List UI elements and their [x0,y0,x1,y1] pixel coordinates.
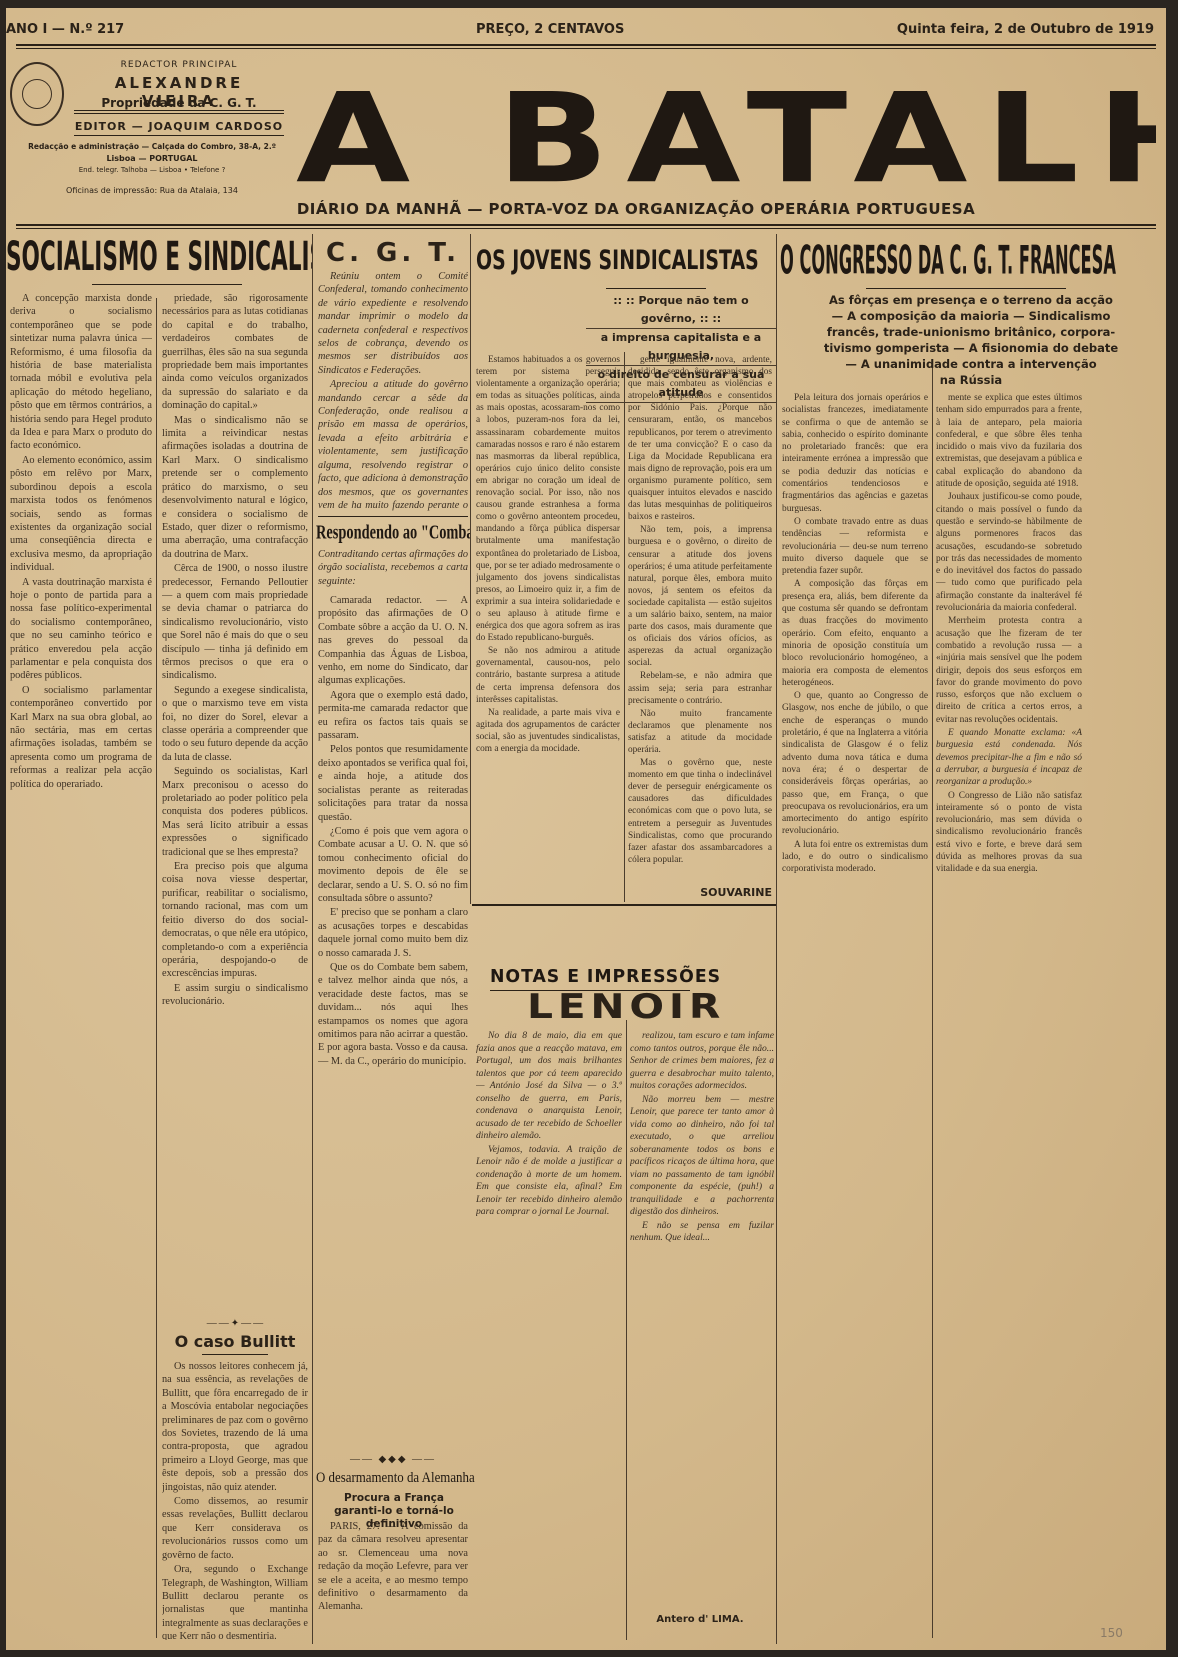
headline-bullitt: O caso Bullitt [162,1332,308,1351]
column-divider [776,234,777,1644]
congresso-col-1: Pela leitura dos jornais operários e soc… [782,392,928,1642]
top-rule [16,44,1156,46]
lenoir-col-2: realizou, tam escuro e tam infame como t… [630,1030,774,1610]
masthead-rule [16,224,1156,226]
column-divider [932,368,933,1638]
redactor-label: REDACTOR PRINCIPAL [74,60,284,70]
masthead-subtitle: DIÁRIO DA MANHÃ — PORTA-VOZ DA ORGANIZAÇ… [196,200,1076,218]
ornament-divider: ——✦—— [166,1318,306,1329]
newspaper-page: ANO I — N.º 217 PREÇO, 2 CENTAVOS Quinta… [6,8,1166,1650]
column-divider [626,1020,627,1640]
combate-lead: Contraditando certas afirmações do órgão… [318,548,468,592]
union-seal-icon [10,62,64,126]
headline-underline [92,284,242,285]
socialismo-col-2: priedade, são rigorosamente necessários … [162,292,308,1316]
masthead-info: REDACTOR PRINCIPAL ALEXANDRE VIEIRA Prop… [6,54,296,204]
top-bar: ANO I — N.º 217 PREÇO, 2 CENTAVOS Quinta… [6,22,1166,46]
headline-desarmamento: O desarmamento da Alemanha [316,1466,454,1490]
editor: EDITOR — JOAQUIM CARDOSO [74,120,284,136]
column-divider [312,234,313,1644]
headline-combate: Respondendo ao "Combate" [316,518,439,546]
city: Lisboa — PORTUGAL [12,154,292,163]
headline-underline [202,1354,268,1355]
desarmamento-body: PARIS, 27. — A comissão da paz da câmara… [318,1520,468,1640]
jovens-col-2: gente igualmente nova, ardente, decidida… [628,354,772,882]
masthead-rule-thin [16,228,1156,229]
address: Redacção e administração — Calçada do Co… [12,142,292,151]
headline-socialismo-wrap: SOCIALISMO E SINDICALISMO [6,236,312,280]
headline-jovens-wrap: OS JOVENS SINDICALISTAS [476,242,776,282]
section-rule [318,516,468,517]
congresso-col-2: mente se explica que estes últimos tenha… [936,392,1082,1608]
issue-number: ANO I — N.º 217 [6,22,124,37]
headline-desarmamento-wrap: O desarmamento da Alemanha [316,1466,476,1490]
headline-congresso-wrap: O CONGRESSO DA C. G. T. FRANCESA [780,236,1160,286]
column-divider [624,352,625,902]
bullitt-body: Os nossos leitores conhecem já, na sua e… [162,1360,308,1640]
headline-congresso: O CONGRESSO DA C. G. T. FRANCESA [780,236,1000,286]
headline-socialismo: SOCIALISMO E SINDICALISMO [6,236,226,280]
cgt-body: Reúniu ontem o Comité Confederal, tomand… [318,270,468,514]
headline-underline [866,288,1066,289]
column-divider [156,298,157,1638]
ownership: Propriedade da C. G. T. [74,96,284,114]
headline-combate-wrap: Respondendo ao "Combate" [316,518,470,546]
headline-cgt: C. G. T. [316,238,470,268]
signature-souvarine: SOUVARINE [628,886,772,899]
lenoir-col-1: No dia 8 de maio, dia em que fazia anos … [476,1030,622,1640]
printing-address: Oficinas de impressão: Rua da Atalaia, 1… [12,186,292,195]
price: PREÇO, 2 CENTAVOS [476,22,624,37]
headline-jovens: OS JOVENS SINDICALISTAS [476,242,734,282]
congresso-subhead: As fôrças em presença e o terreno da acç… [786,292,1156,388]
headline-lenoir: LENOIR [446,990,806,1024]
column-divider [470,234,471,904]
socialismo-col-1: A concepção marxista donde deriva o soci… [10,292,152,1632]
telegraph: End. telegr. Talhoba — Lisboa • Telefone… [12,166,292,174]
headline-underline [606,288,706,289]
top-rule-thin [16,48,1156,49]
masthead-title: A BATALHA [296,70,1156,200]
issue-date: Quinta feira, 2 de Outubro de 1919 [897,22,1154,37]
jovens-col-1: Estamos habituados a os governos terem p… [476,354,620,898]
section-rule [472,904,776,906]
ornament-divider: —— ◆◆◆ —— [318,1454,468,1465]
page-mark: 150 [1100,1626,1123,1640]
signature-antero: Antero d' LIMA. [630,1614,770,1625]
